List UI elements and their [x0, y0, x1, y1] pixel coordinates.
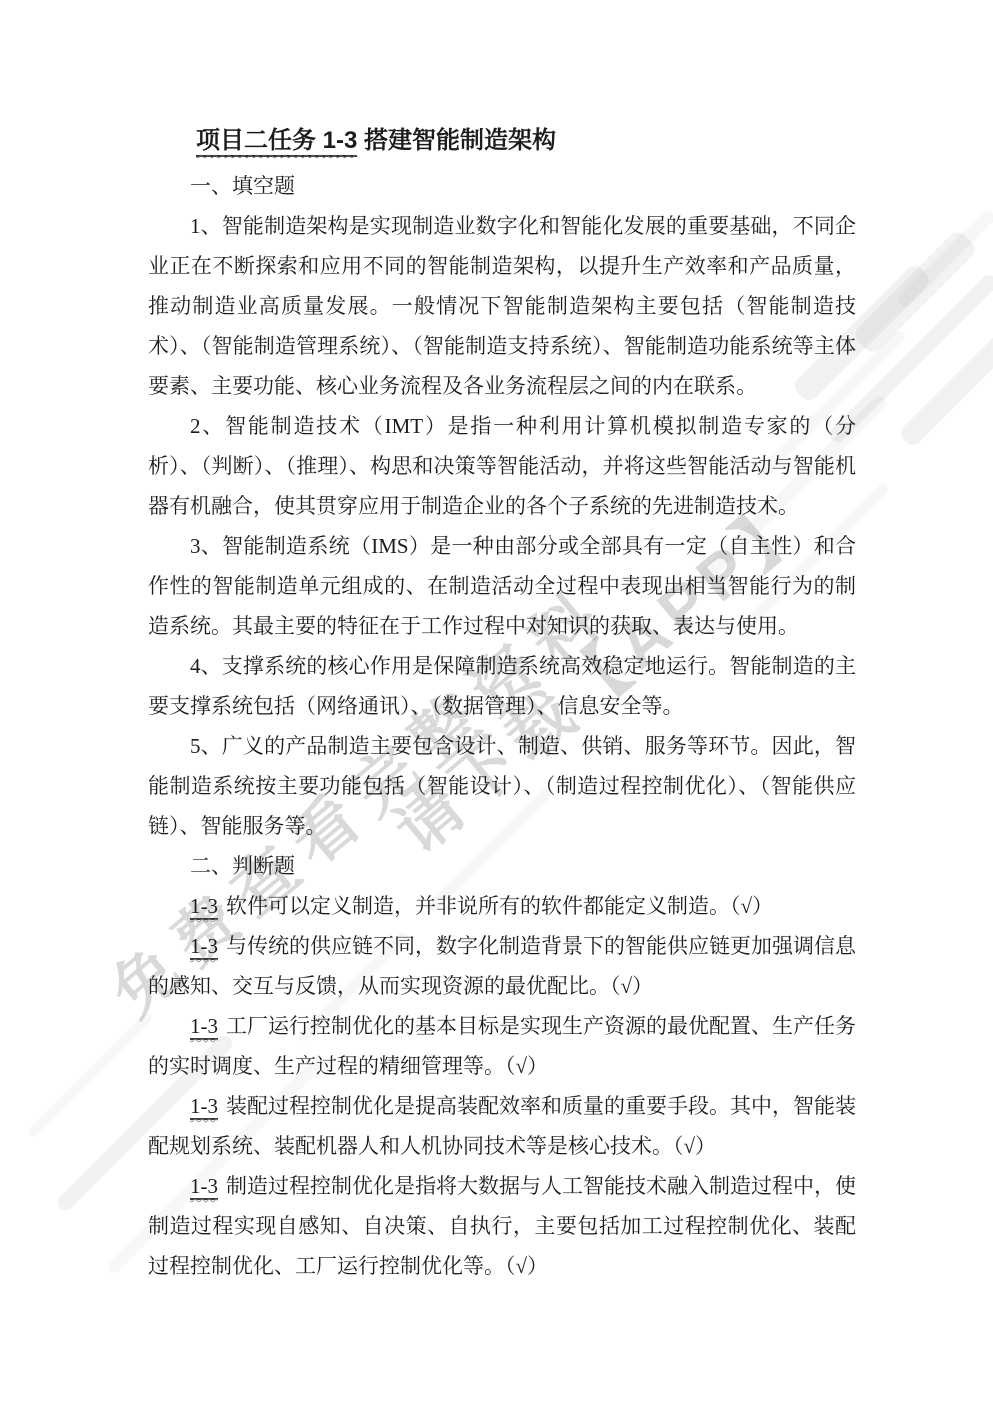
true-false-item-3: 1-3工厂运行控制优化的基本目标是实现生产资源的最优配置、生产任务的实时调度、生… — [148, 1006, 856, 1086]
fill-in-item-2: 2、智能制造技术（IMT）是指一种利用计算机模拟制造专家的（分析）、（判断）、（… — [148, 406, 856, 526]
true-false-item-text: 装配过程控制优化是提高装配效率和质量的重要手段。其中，智能装配规划系统、装配机器… — [148, 1094, 856, 1158]
true-false-item-prefix: 1-3 — [190, 1014, 218, 1040]
doc-title-text: 搭建智能制造架构 — [357, 127, 556, 154]
true-false-item-prefix: 1-3 — [190, 1174, 218, 1200]
true-false-item-prefix: 1-3 — [190, 934, 218, 960]
watermark-streak — [897, 320, 993, 449]
watermark-streak — [26, 1011, 153, 1138]
doc-title: 项目二任务 1-3 搭建智能制造架构 — [148, 118, 856, 164]
true-false-item-prefix: 1-3 — [190, 894, 218, 920]
true-false-item-text: 与传统的供应链不同，数字化制造背景下的智能供应链更加强调信息的感知、交互与反馈，… — [148, 934, 856, 998]
fill-in-item-3: 3、智能制造系统（IMS）是一种由部分或全部具有一定（自主性）和合作性的智能制造… — [148, 526, 856, 646]
true-false-item-prefix: 1-3 — [190, 1094, 218, 1120]
watermark-streak — [895, 208, 993, 310]
true-false-item-1: 1-3软件可以定义制造，并非说所有的软件都能定义制造。（√） — [148, 886, 856, 926]
true-false-item-text: 制造过程控制优化是指将大数据与人工智能技术融入制造过程中，使制造过程实现自感知、… — [148, 1174, 856, 1278]
true-false-item-5: 1-3制造过程控制优化是指将大数据与人工智能技术融入制造过程中，使制造过程实现自… — [148, 1166, 856, 1286]
true-false-item-2: 1-3与传统的供应链不同，数字化制造背景下的智能供应链更加强调信息的感知、交互与… — [148, 926, 856, 1006]
doc-title-task-number: 项目二任务 1-3 — [196, 127, 357, 157]
watermark-streak — [851, 228, 978, 355]
fill-in-item-5: 5、广义的产品制造主要包含设计、制造、供销、服务等环节。因此，智能制造系统按主要… — [148, 726, 856, 846]
document-content: 项目二任务 1-3 搭建智能制造架构 一、填空题 1、智能制造架构是实现制造业数… — [148, 118, 856, 1286]
true-false-item-4: 1-3装配过程控制优化是提高装配效率和质量的重要手段。其中，智能装配规划系统、装… — [148, 1086, 856, 1166]
fill-in-item-1: 1、智能制造架构是实现制造业数字化和智能化发展的重要基础，不同企业正在不断探索和… — [148, 206, 856, 406]
section-heading-true-false: 二、判断题 — [148, 846, 856, 886]
true-false-item-text: 工厂运行控制优化的基本目标是实现生产资源的最优配置、生产任务的实时调度、生产过程… — [148, 1014, 856, 1078]
true-false-item-text: 软件可以定义制造，并非说所有的软件都能定义制造。（√） — [226, 894, 773, 918]
section-heading-fill-in: 一、填空题 — [148, 166, 856, 206]
fill-in-item-4: 4、支撑系统的核心作用是保障制造系统高效稳定地运行。智能制造的主要支撑系统包括（… — [148, 646, 856, 726]
